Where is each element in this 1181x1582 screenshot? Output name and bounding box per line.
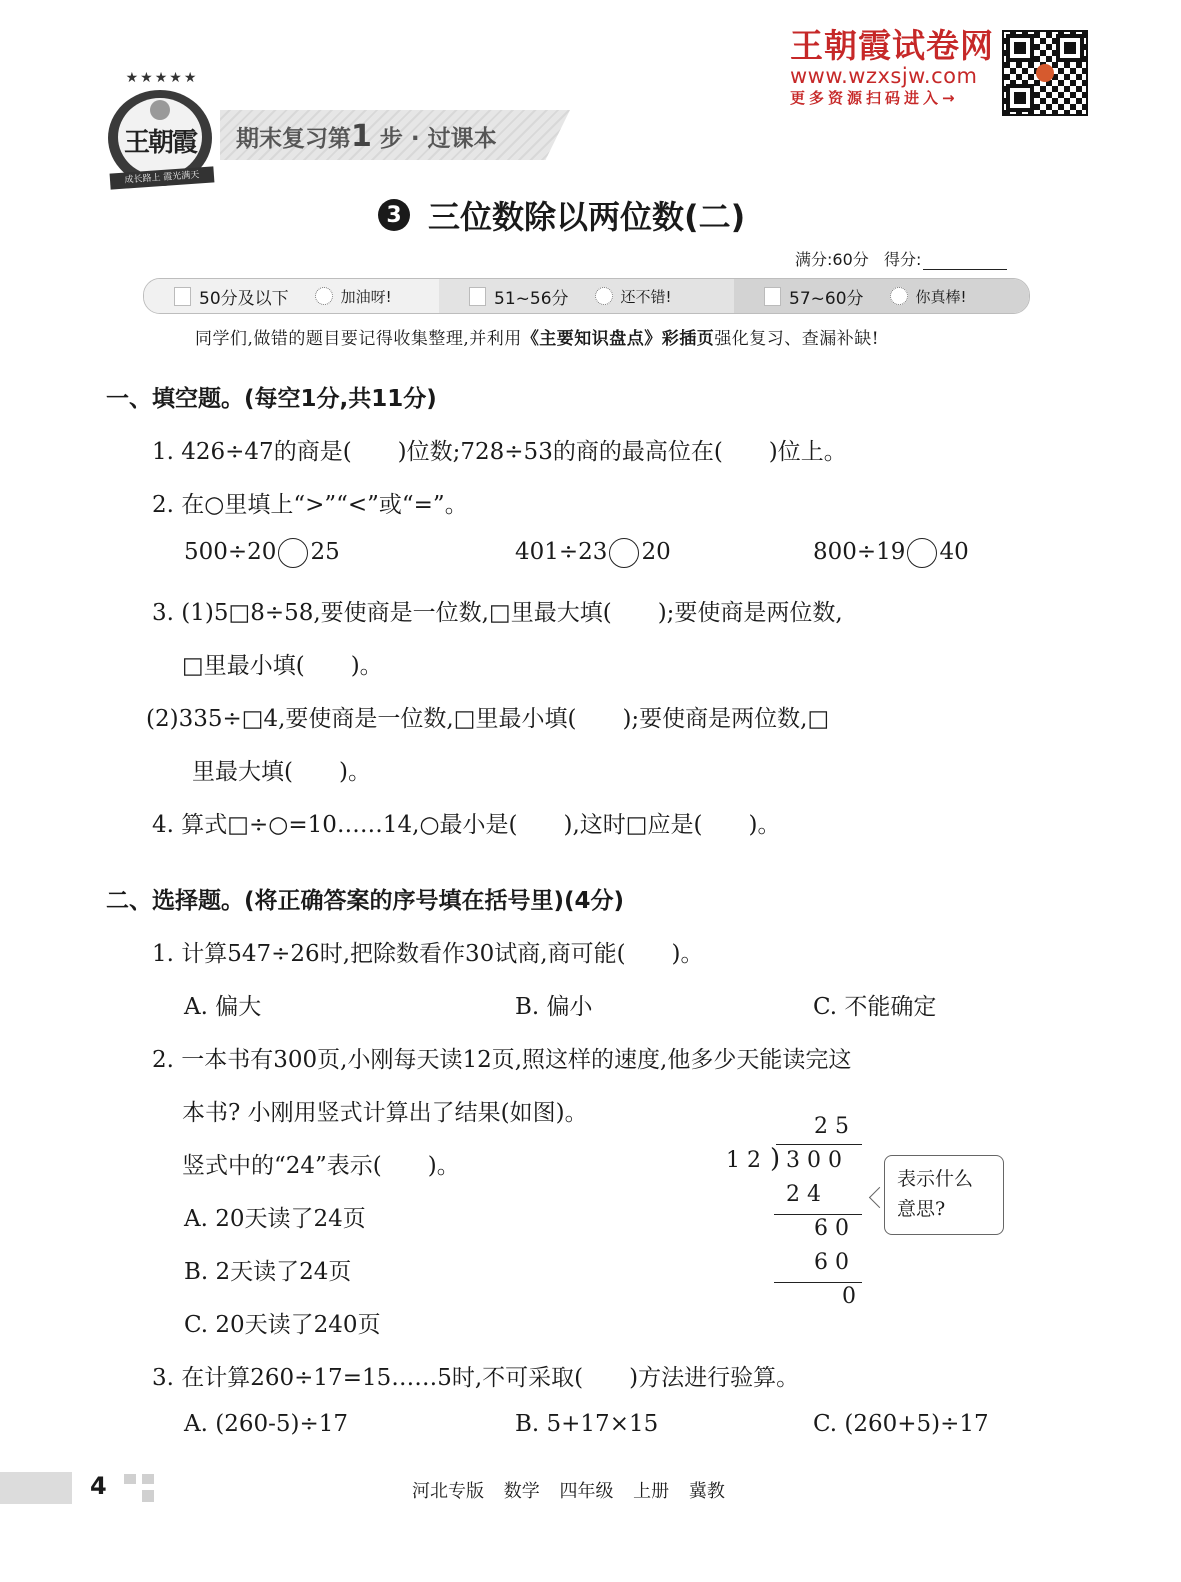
s2-q3-option-b[interactable]: B. 5+17×15	[515, 1411, 658, 1437]
tip-text: 同学们,做错的题目要记得收集整理,并利用《主要知识盘点》彩插页强化复习、查漏补缺…	[195, 324, 879, 349]
s2-q1-option-b[interactable]: B. 偏小	[515, 988, 593, 1021]
section1-heading: 一、填空题。(每空1分,共11分)	[106, 380, 437, 413]
rating-low: 50分及以下 加油呀!	[144, 279, 439, 313]
publisher-logo: ★★★★★ 王朝霞 成长路上 霞光满天	[106, 70, 216, 188]
brand-sub: 更多资源扫码进入→	[790, 88, 1000, 108]
step-24: 2 4	[786, 1182, 821, 1207]
expr-right: 25	[310, 539, 339, 565]
division-bracket: )	[770, 1144, 780, 1174]
face-icon	[595, 287, 613, 305]
brand-block: 王朝霞试卷网 www.wzxsjw.com 更多资源扫码进入→	[790, 28, 1000, 108]
rating-high: 57~60分 你真棒!	[734, 279, 1029, 313]
page-title: 3 三位数除以两位数(二)	[378, 192, 745, 238]
s1-q2-item-3: 800÷1940	[813, 538, 969, 568]
score-line: 满分:60分 得分:	[795, 247, 1007, 270]
s2-q3: 3. 在计算260÷17=15……5时,不可采取( )方法进行验算。	[152, 1359, 799, 1392]
remainder: 0	[842, 1284, 856, 1309]
face-icon	[890, 287, 908, 305]
footer-decoration	[142, 1474, 154, 1484]
s1-q3-2a: (2)335÷□4,要使商是一位数,□里最小填( );要使商是两位数,□	[146, 700, 829, 733]
bubble-line2: 意思?	[897, 1194, 991, 1224]
rating-range: 50分及以下	[199, 284, 289, 309]
s2-q2c: 竖式中的“24”表示( )。	[182, 1147, 460, 1180]
s1-q2: 2. 在○里填上“>”“<”或“=”。	[152, 486, 468, 519]
expr-right: 40	[939, 539, 968, 565]
section2-heading: 二、选择题。(将正确答案的序号填在括号里)(4分)	[106, 882, 624, 915]
s1-q3-2b: 里最大填( )。	[192, 753, 371, 786]
full-score: 满分:60分	[795, 250, 869, 269]
compare-circle[interactable]	[907, 538, 937, 568]
s1-q1: 1. 426÷47的商是( )位数;728÷53的商的最高位在( )位上。	[152, 433, 847, 466]
divisor: 1 2	[726, 1148, 761, 1173]
rating-mid: 51~56分 还不错!	[439, 279, 734, 313]
banner-suffix: 步 · 过课本	[380, 126, 497, 152]
s2-q2b: 本书? 小刚用竖式计算出了结果(如图)。	[182, 1094, 588, 1127]
footer-edition: 河北专版 数学 四年级 上册 冀教	[412, 1477, 725, 1503]
footer-decoration	[124, 1474, 136, 1484]
step-60a: 6 0	[814, 1216, 849, 1241]
expr-right: 20	[641, 539, 670, 565]
expr-left: 500÷20	[184, 539, 276, 565]
rating-range: 51~56分	[494, 284, 569, 309]
s1-q3-1a: 3. (1)5□8÷58,要使商是一位数,□里最大填( );要使商是两位数,	[152, 594, 843, 627]
s2-q1: 1. 计算547÷26时,把除数看作30试商,商可能( )。	[152, 935, 704, 968]
score-blank[interactable]	[923, 253, 1007, 270]
banner-prefix: 期末复习第	[236, 126, 351, 152]
tip-bold: 《主要知识盘点》彩插页	[522, 329, 715, 349]
checkbox[interactable]	[174, 287, 191, 306]
s1-q4: 4. 算式□÷○=10……14,○最小是( ),这时□应是( )。	[152, 806, 780, 839]
step-banner: 期末复习第1 步 · 过课本	[220, 110, 570, 160]
speech-bubble: 表示什么 意思?	[884, 1155, 1004, 1235]
stars-icon: ★★★★★	[116, 70, 208, 86]
tip-after: 强化复习、查漏补缺!	[714, 329, 879, 349]
checkbox[interactable]	[764, 287, 781, 306]
s2-q2-option-a[interactable]: A. 20天读了24页	[184, 1200, 366, 1233]
banner-step: 1	[351, 119, 372, 154]
rating-msg: 加油呀!	[341, 286, 392, 307]
s2-q3-option-a[interactable]: A. (260-5)÷17	[184, 1411, 348, 1437]
quotient: 2 5	[814, 1114, 849, 1139]
portrait-icon	[150, 100, 170, 120]
s2-q3-option-c[interactable]: C. (260+5)÷17	[813, 1411, 989, 1437]
logo-name: 王朝霞	[120, 122, 200, 159]
s1-q2-item-2: 401÷2320	[515, 538, 671, 568]
step-60b: 6 0	[814, 1250, 849, 1275]
lesson-number-icon: 3	[378, 199, 410, 231]
s2-q1-option-c[interactable]: C. 不能确定	[813, 988, 936, 1021]
compare-circle[interactable]	[278, 538, 308, 568]
tip-before: 同学们,做错的题目要记得收集整理,并利用	[195, 329, 522, 349]
footer-decoration	[142, 1490, 154, 1502]
rating-msg: 还不错!	[621, 286, 672, 307]
brand-url[interactable]: www.wzxsjw.com	[790, 64, 1000, 88]
brand-title: 王朝霞试卷网	[790, 28, 1000, 64]
footer-bar	[0, 1472, 72, 1504]
s1-q2-item-1: 500÷2025	[184, 538, 340, 568]
face-icon	[315, 287, 333, 305]
long-division-figure: 2 5 1 2 ) 3 0 0 2 4 6 0 6 0 0	[726, 1114, 866, 1314]
qr-code-icon[interactable]	[1002, 30, 1088, 116]
page-number: 4	[90, 1472, 107, 1500]
dividend: 3 0 0	[786, 1148, 842, 1173]
s2-q1-option-a[interactable]: A. 偏大	[184, 988, 261, 1021]
compare-circle[interactable]	[609, 538, 639, 568]
title-text: 三位数除以两位数(二)	[428, 192, 745, 238]
expr-left: 401÷23	[515, 539, 607, 565]
s1-q3-1b: □里最小填( )。	[182, 647, 383, 680]
rating-range: 57~60分	[789, 284, 864, 309]
s2-q2-option-c[interactable]: C. 20天读了240页	[184, 1306, 381, 1339]
rating-msg: 你真棒!	[916, 286, 967, 307]
rating-strip: 50分及以下 加油呀! 51~56分 还不错! 57~60分 你真棒!	[143, 278, 1030, 314]
s2-q2-option-b[interactable]: B. 2天读了24页	[184, 1253, 351, 1286]
s2-q2a: 2. 一本书有300页,小刚每天读12页,照这样的速度,他多少天能读完这	[152, 1041, 851, 1074]
got-score-label: 得分:	[884, 250, 921, 269]
checkbox[interactable]	[469, 287, 486, 306]
bubble-line1: 表示什么	[897, 1164, 991, 1194]
expr-left: 800÷19	[813, 539, 905, 565]
